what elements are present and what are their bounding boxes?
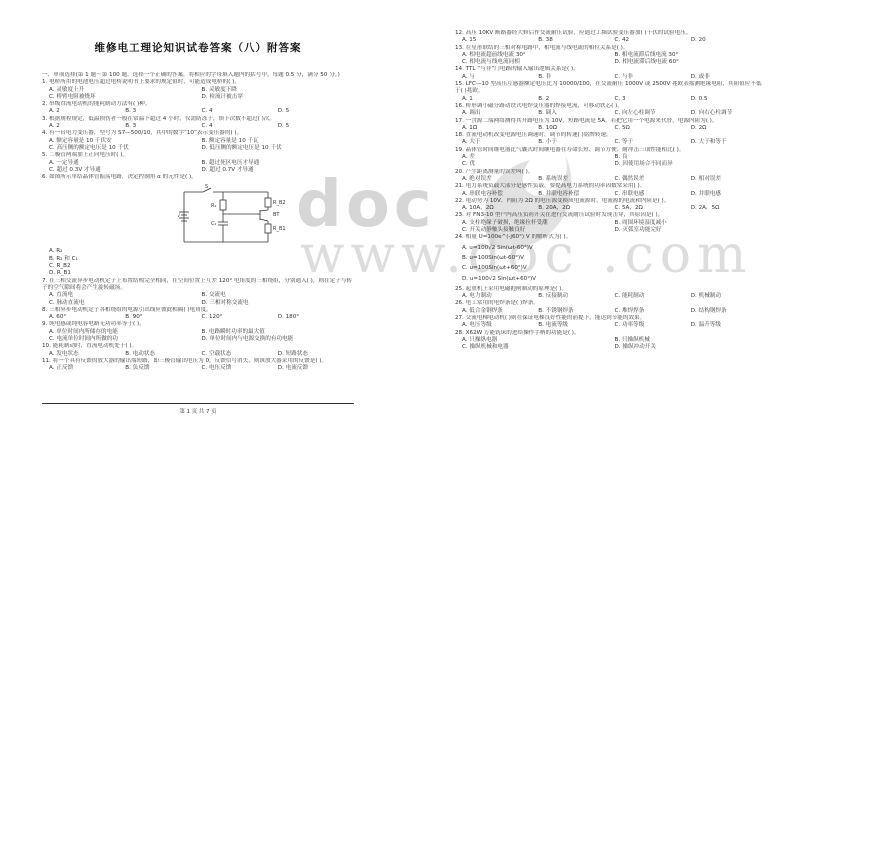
answer-option: B. 小于 [538,139,614,146]
question-item: 15. LFC—10 型高压互感器额定电压比为 10000/100，在交流耐压 … [455,81,767,103]
question-text: 22. 电动势为 10V、内阻为 2Ω 的电压源变换成电流源时，电流源的电流和内… [455,198,767,205]
answer-option: A. 串联电容补偿 [462,191,538,198]
answer-option: D. 机械制动 [691,293,767,300]
answer-option: D. 2A，5Ω [691,205,767,212]
answer-option: C. 120° [202,314,278,321]
question-item: 27. 交流电梯电动机( )则在保证电梯良好性能的前提下，能达到节能的效果。A.… [455,315,767,330]
answer-option: B. 20A，2Ω [538,205,614,212]
answer-option: B. 38 [538,37,614,44]
answer-option: B. 超过死区电压才导通 [202,160,355,167]
answer-option: D. R_B1 [42,270,354,277]
answer-option: D. 电流反馈 [278,365,354,372]
question-list-right: 12. 高压 10KV 断路器经大修后作交流耐压试验，应通过工频试验变压器加( … [455,30,767,351]
question-item: 4. 有一台电力变压器，型号为 S7—500/10，其中的数字“10”表示变压器… [42,130,354,152]
question-item: 26. 电工常用的电焊条是( )焊条。A. 低合金钢焊条B. 不锈钢焊条C. 堆… [455,300,767,315]
question-text: 1. 电桥所用的电池电压超过电桥说明书上要求的规定值时，可能造成电桥的( )。 [42,79,354,86]
question-text: 17. 一含源二端网络测得其开路电压为 10V，短路电流是 5A。若把它用一个电… [455,118,767,125]
question-text: 19. 晶体管时间继电器比气囊式时间继电器在寿命长短、调节方便、耐冲击三项性能相… [455,147,767,154]
answer-option: D. 5 [278,108,354,115]
answer-option: B. 电动状态 [125,351,201,358]
answer-option: B. 电路瞬时功率的最大值 [202,329,355,336]
page-footer: 第 1 页 共 7 页 [42,407,354,415]
answer-option: B. 负反馈 [125,365,201,372]
question-item: 11. 将一个具有反馈的放大器的输出端短路，即三极管输出电压为 0，反馈信号消失… [42,358,354,373]
answer-option: C. 偶然误差 [615,176,691,183]
answer-option: B. 额定容量是 10 千瓦 [202,138,355,145]
question-item: 23. 对 FN3-10 型户内高压负荷开关在进行交流耐压试验时发现击穿，其原因… [455,212,767,234]
answer-option: D. 温升等级 [691,322,767,329]
answer-option: B. u=100Sin(ωt-60°)V [455,255,767,262]
question-text: 24. 相量 U=100e^(-j60°) V 的解析式为( )。 [455,234,767,241]
answer-option: A. 绝对误差 [462,176,538,183]
answer-option: D. 灭弧室功能完好 [615,227,768,234]
question-item: 3. 根据规程规定，低温损伤者一般在常温下超过 4 小时，仅需防冻于，填下次数不… [42,116,354,131]
question-item: 24. 相量 U=100e^(-j60°) V 的解析式为( )。A. u=10… [455,234,767,282]
answer-option: A. 电压等级 [462,322,538,329]
question-item: 12. 高压 10KV 断路器经大修后作交流耐压试验，应通过工频试验变压器加( … [455,30,767,45]
answer-option: A. 低合金钢焊条 [462,308,538,315]
answer-option: D. 0.5 [691,96,767,103]
answer-option: A. 60° [49,314,125,321]
svg-text:R₂: R₂ [211,203,216,209]
question-item: 13. 在星形联结的三相对称电路中，相电流与线电流的相位关系是( )。A. 相电… [455,45,767,67]
answer-option: C. 等于 [615,139,691,146]
answer-option: A. 15 [462,37,538,44]
answer-option: C. 与非 [615,74,691,81]
answer-option: D. 2Ω [691,125,767,132]
question-text: 12. 高压 10KV 断路器经大修后作交流耐压试验，应通过工频试验变压器加( … [455,30,767,37]
answer-option: D. 超过 0.7V 才导通 [202,167,355,174]
question-item: 7. 在三相交流异步电动机定子上布置结构完全相同，在空间位置上互差 120° 电… [42,278,354,307]
svg-text:18V: 18V [178,213,180,218]
answer-option: A. 电力制动 [462,293,538,300]
question-text: 25. 起重机上采用电磁抱闸制动的原理是( )。 [455,286,767,293]
answer-option: D. 向右心柱调节 [691,110,767,117]
question-list-left: 1. 电桥所用的电池电压超过电桥说明书上要求的规定值时，可能造成电桥的( )。A… [42,79,354,372]
answer-option: A. 大于 [462,139,538,146]
question-text: 3. 根据规程规定，低温损伤者一般在常温下超过 4 小时，仅需防冻于，填下次数不… [42,116,354,123]
question-item: 6. 如图所示单结晶体管振荡电路，决定控制角 α 的元件是( )。 S R₂ R… [42,174,354,277]
answer-option: B. 调入 [538,110,614,117]
answer-option: A. 2 [49,108,125,115]
question-text: 15. LFC—10 型高压互感器额定电压比为 10000/100，在交流耐压 … [455,81,767,96]
answer-option: C. R_B2 [42,263,354,270]
question-text: 28. X62W 万能铣床的进给操作手柄的功能是( )。 [455,330,767,337]
answer-option: C. 开关动静触头接触良好 [462,227,615,234]
answer-option: A. 1 [462,96,538,103]
answer-option: C. 向左心柱调节 [615,110,691,117]
document-page: doc www.doc .com 维修电工理论知识试卷答案（八）附答案 一、单项… [0,0,870,842]
question-item: 22. 电动势为 10V、内阻为 2Ω 的电压源变换成电流源时，电流源的电流和内… [455,198,767,213]
answer-option: B. 3 [125,123,201,130]
answer-option: D. 大于和等于 [691,139,767,146]
answer-option: A. 直流电 [49,292,202,299]
question-text: 7. 在三相交流异步电动机定子上布置结构完全相同，在空间位置上互差 120° 电… [42,278,354,293]
svg-text:C₁: C₁ [211,221,217,227]
answer-option: B. 10Ω [538,125,614,132]
answer-option: B. 电流等级 [538,322,614,329]
answer-option: B. 2 [538,96,614,103]
answer-option: A. 10A，2Ω [462,205,538,212]
answer-option: C. 堆焊焊条 [615,308,691,315]
answer-option: B. 不锈钢焊条 [538,308,614,315]
answer-option: C. 3 [615,96,691,103]
answer-option: B. 系统误差 [538,176,614,183]
answer-option: C. 超过 0.3V 才导通 [49,167,202,174]
answer-option: D. 180° [278,314,354,321]
answer-option: C. 电流单位时间内所做的功 [49,336,202,343]
answer-option: D. 低压侧的额定电压是 10 千伏 [202,145,355,152]
answer-option: D. 相电流滞后线电流 60° [615,59,768,66]
answer-option: B. R₂ 和 C₁ [42,256,354,263]
answer-option: C. 脉动直流电 [49,300,202,307]
question-item: 8. 三相异步电动机定子各相绕组的电源引出线应彼此相隔( )电角度。A. 60°… [42,307,354,322]
answer-option: C. 相电流与线电流同相 [462,59,615,66]
question-text: 21. 电力系统负载大部分是感性负载，要提高电力系统的功率因数常采用( )。 [455,183,767,190]
question-item: 1. 电桥所用的电池电压超过电桥说明书上要求的规定值时，可能造成电桥的( )。A… [42,79,354,101]
left-column: 一、单项选择(第 1 题～第 100 题。选择一个正确的答案，将相应的字母填入题… [42,72,354,373]
question-item: 2. 串级直流电动机的能耗制动方法有( )种。A. 2B. 3C. 4D. 5 [42,101,354,116]
answer-option: C. 能耗制动 [615,293,691,300]
svg-text:S: S [205,184,208,190]
svg-text:R_B1: R_B1 [273,226,286,232]
answer-option: D. 操纵冲动开关 [615,344,768,351]
answer-option: A. 支柱绝缘子破损，绝缘拉杆受潮 [462,220,615,227]
question-item: 21. 电力系统负载大部分是感性负载，要提高电力系统的功率因数常采用( )。A.… [455,183,767,198]
answer-option: A. 一定导通 [49,160,202,167]
answer-option: C. 电压反馈 [202,365,278,372]
question-text: 23. 对 FN3-10 型户内高压负荷开关在进行交流耐压试验时发现击穿，其原因… [455,212,767,219]
question-item: 17. 一含源二端网络测得其开路电压为 10V，短路电流是 5A。若把它用一个电… [455,118,767,133]
question-item: 14. TTL “与非”门电路的输入输出逻辑关系是( )。A. 与B. 非C. … [455,66,767,81]
answer-option: B. 非 [538,74,614,81]
answer-option: C. 高压侧的额定电压是 10 千伏 [49,145,202,152]
answer-option: A. 1Ω [462,125,538,132]
answer-option: A. 发电状态 [49,351,125,358]
answer-option: B. 反接制动 [538,293,614,300]
answer-option: C. 功率等级 [615,322,691,329]
answer-option: A. 与 [462,74,538,81]
answer-option: A. 差 [462,154,615,161]
question-item: 28. X62W 万能铣床的进给操作手柄的功能是( )。A. 只操纵电器B. 只… [455,330,767,352]
answer-option: B. 灵敏度下降 [202,87,355,94]
question-text: 2. 串级直流电动机的能耗制动方法有( )种。 [42,101,354,108]
answer-option: A. 单位时间内所储存的电能 [49,329,202,336]
answer-option: A. R₂ [42,248,354,255]
question-text: 4. 有一台电力变压器，型号为 S7—500/10，其中的数字“10”表示变压器… [42,130,354,137]
answer-option: B. 交流电 [202,292,355,299]
answer-option: B. 90° [125,314,201,321]
answer-option: A. u=100√2 Sin(ωt-60°)V [455,245,767,252]
answer-option: D. 三相对称交流电 [202,300,355,307]
answer-option: A. 额定容量是 10 千伏安 [49,138,202,145]
answer-option: C. 操纵机械和电器 [462,344,615,351]
svg-text:BT: BT [273,212,280,218]
answer-option: C. 串联电感 [615,191,691,198]
question-item: 19. 晶体管时间继电器比气囊式时间继电器在寿命长短、调节方便、耐冲击三项性能相… [455,147,767,169]
question-text: 26. 电工常用的电焊条是( )焊条。 [455,300,767,307]
answer-option: A. 调出 [462,110,538,117]
question-item: 20. 产生距离测量的误差叫( )。A. 绝对误差B. 系统误差C. 偶然误差D… [455,169,767,184]
answer-option: D. 或非 [691,74,767,81]
question-text: 10. 能耗制动时，直流电动机处于( )。 [42,343,354,350]
answer-option: D. 因使用场合不同而异 [615,161,768,168]
answer-option: A. 灵敏度上升 [49,87,202,94]
question-text: 5. 二极管两端加上正向电压时( )。 [42,152,354,159]
answer-option: C. 空载状态 [202,351,278,358]
answer-option: D. 相对误差 [691,176,767,183]
answer-option: D. 并联电感 [691,191,767,198]
answer-option: D. 5 [278,123,354,130]
question-text: 14. TTL “与非”门电路的输入输出逻辑关系是( )。 [455,66,767,73]
answer-option: D. 短路状态 [278,351,354,358]
question-text: 9. 纯电感或纯电容电路无功功率等于( )。 [42,321,354,328]
answer-option: C. 4 [202,123,278,130]
question-item: 18. 直流电动机改变电源电压调速时，调节的转速( )铭牌转速。A. 大于B. … [455,132,767,147]
section-heading: 一、单项选择(第 1 题～第 100 题。选择一个正确的答案，将相应的字母填入题… [42,72,354,79]
answer-option: C. 42 [615,37,691,44]
question-text: 8. 三相异步电动机定子各相绕组的电源引出线应彼此相隔( )电角度。 [42,307,354,314]
answer-option: D. u=100√2 Sin(ωt+60°)V [455,276,767,283]
question-text: 13. 在星形联结的三相对称电路中，相电流与线电流的相位关系是( )。 [455,45,767,52]
answer-option: A. 2 [49,123,125,130]
answer-option: A. 正反馈 [49,365,125,372]
answer-option: C. u=100Sin(ωt+60°)V [455,265,767,272]
answer-option: B. 周围环境湿度减小 [615,220,768,227]
footer-divider [42,403,354,404]
question-item: 16. 桥形调小磁分路动铁式电焊变压器的焊接电流，可移动铁芯( )。A. 调出B… [455,103,767,118]
question-item: 10. 能耗制动时，直流电动机处于( )。A. 发电状态B. 电动状态C. 空载… [42,343,354,358]
answer-option: C. 4 [202,108,278,115]
answer-option: D. 检流计被击穿 [202,94,355,101]
answer-option: B. 3 [125,108,201,115]
right-column: 12. 高压 10KV 断路器经大修后作交流耐压试验，应通过工频试验变压器加( … [455,30,767,351]
answer-option: B. 并联电容补偿 [538,191,614,198]
question-item: 9. 纯电感或纯电容电路无功功率等于( )。A. 单位时间内所储存的电能B. 电… [42,321,354,343]
answer-option: C. 5Ω [615,125,691,132]
question-item: 25. 起重机上采用电磁抱闸制动的原理是( )。A. 电力制动B. 反接制动C.… [455,286,767,301]
answer-option: D. 20 [691,37,767,44]
question-text: 20. 产生距离测量的误差叫( )。 [455,169,767,176]
question-item: 5. 二极管两端加上正向电压时( )。A. 一定导通B. 超过死区电压才导通C.… [42,152,354,174]
ujt-circuit-diagram: S R₂ R_B2 BT C₁ R_B1 18V [178,184,298,246]
question-text: 6. 如图所示单结晶体管振荡电路，决定控制角 α 的元件是( )。 [42,174,354,181]
answer-option: D. 结构钢焊条 [691,308,767,315]
answer-option: C. 5A，2Ω [615,205,691,212]
svg-text:R_B2: R_B2 [273,200,286,206]
answer-option: C. 桥臂电阻被烧坏 [49,94,202,101]
answer-option: C. 优 [462,161,615,168]
document-title: 维修电工理论知识试卷答案（八）附答案 [42,40,354,55]
answer-option: D. 单位时间内与电源交换的有功电能 [202,336,355,343]
